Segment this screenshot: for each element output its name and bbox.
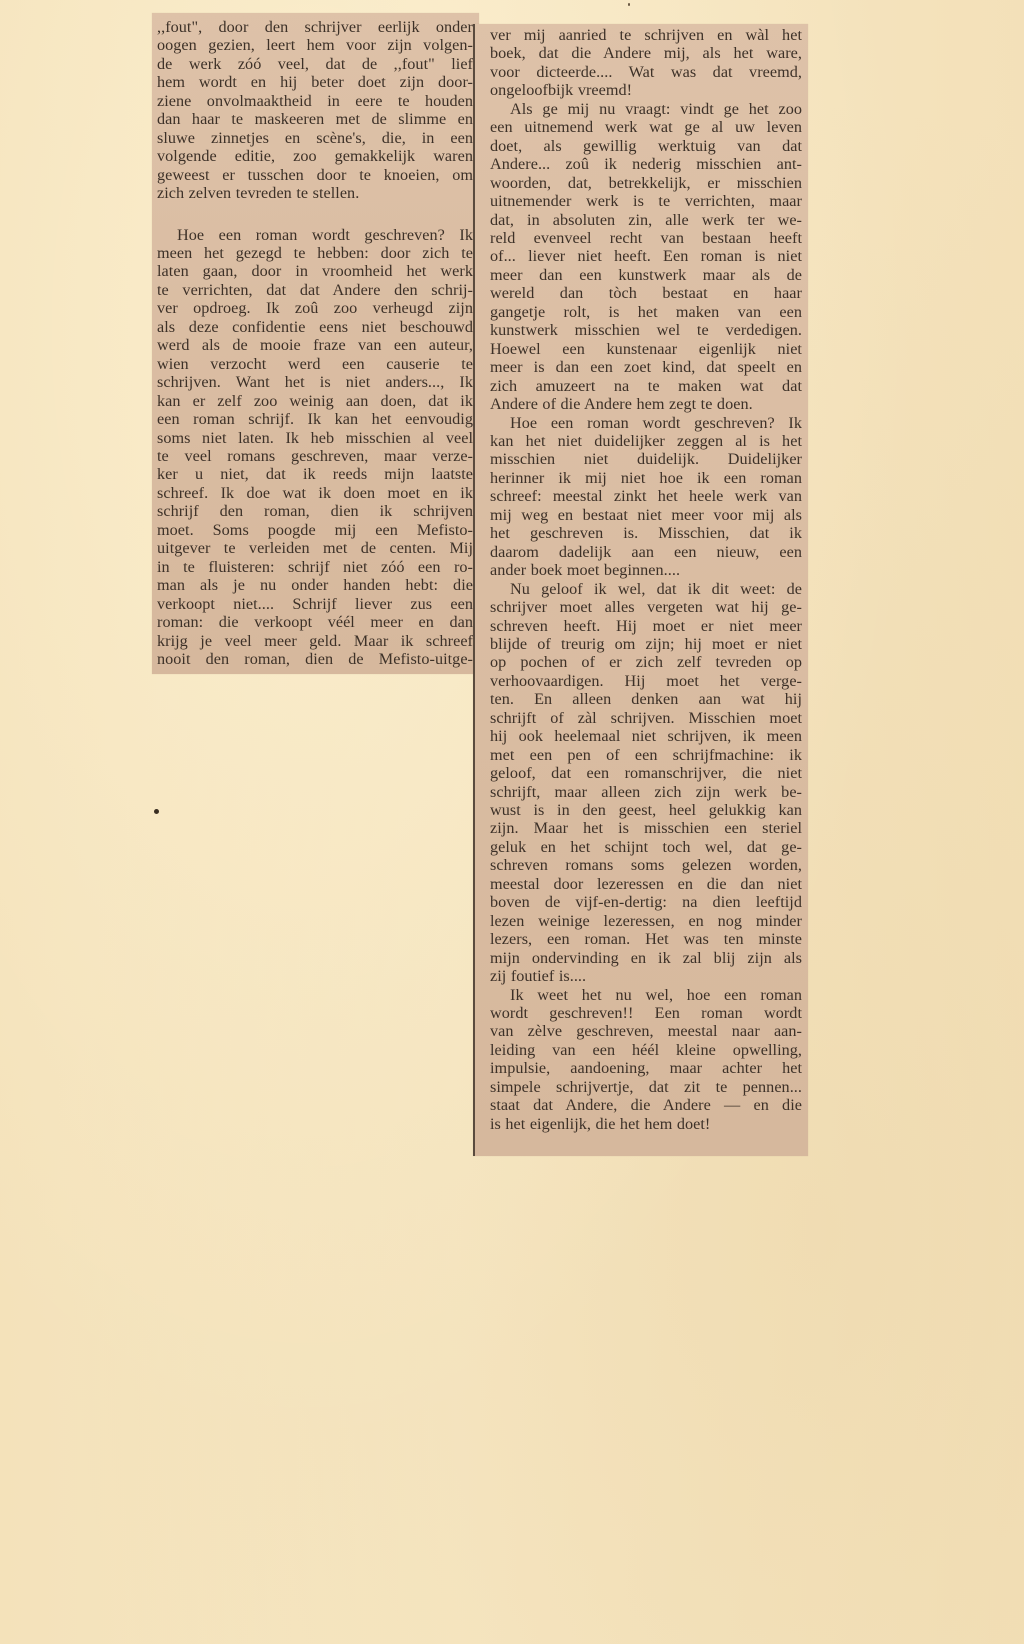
text-line: mij weg en bestaat niet meer voor mij al… xyxy=(490,506,802,524)
text-line: herinner ik mij niet hoe ik een roman xyxy=(490,469,802,487)
text-line: te verrichten, dat dat Andere den schrij… xyxy=(157,281,473,299)
text-line: ander boek moet beginnen.... xyxy=(490,561,802,579)
clipping-left-column: ,,fout", door den schrijver eerlijk onde… xyxy=(152,13,479,674)
ink-dot xyxy=(154,809,159,814)
text-line: schrijver moet alles vergeten wat hij ge… xyxy=(490,598,802,616)
text-line: een uitnemend werk wat ge al uw leven xyxy=(490,118,802,136)
text-line: Hoe een roman wordt geschreven? Ik xyxy=(157,226,473,244)
paragraph: Als ge mij nu vraagt: vindt ge het zoo e… xyxy=(490,100,802,414)
text-line: ,,fout", door den schrijver eerlijk onde… xyxy=(157,18,473,36)
text-line: ziene onvolmaaktheid in eere te houden xyxy=(157,92,473,110)
text-line: simpele schrijvertje, dat zit te pennen.… xyxy=(490,1078,802,1096)
text-line: het geschreven is. Misschien, dat ik xyxy=(490,524,802,542)
paragraph: ver mij aanried te schrijven en wàl het … xyxy=(490,26,802,100)
text-line: uitnemender werk is te verrichten, maar xyxy=(490,192,802,210)
text-line: voor dicteerde.... Wat was dat vreemd, xyxy=(490,63,802,81)
text-line: staat dat Andere, die Andere — en die xyxy=(490,1096,802,1114)
text-line: schrijf den roman, dien ik schrijven xyxy=(157,502,473,520)
text-line: hem wordt en hij beter doet zijn door- xyxy=(157,73,473,91)
text-line: leiding van een héél kleine opwelling, xyxy=(490,1041,802,1059)
text-line: schreven romans soms gelezen worden, xyxy=(490,856,802,874)
text-line: schreef: meestal zinkt het heele werk va… xyxy=(490,487,802,505)
text-line: soms niet laten. Ik heb misschien al vee… xyxy=(157,429,473,447)
text-line: zijn. Maar het is misschien een steriel xyxy=(490,819,802,837)
text-line: schrijft of zàl schrijven. Misschien moe… xyxy=(490,709,802,727)
text-line: wust is in den geest, heel gelukkig kan xyxy=(490,801,802,819)
text-line: sluwe zinnetjes en scène's, die, in een xyxy=(157,129,473,147)
text-line: Nu geloof ik wel, dat ik dit weet: de xyxy=(490,580,802,598)
text-line: op pochen of er zich zelf tevreden op xyxy=(490,653,802,671)
text-line: misschien niet duidelijk. Duidelijker xyxy=(490,450,802,468)
text-line: blijde of treurig om zijn; hij moet er n… xyxy=(490,635,802,653)
text-line: boven de vijf-en-dertig: na dien leeftij… xyxy=(490,893,802,911)
text-line: dat, in absoluten zin, alle werk ter we- xyxy=(490,211,802,229)
text-line: zich zelven tevreden te stellen. xyxy=(157,184,473,202)
left-column-text: ,,fout", door den schrijver eerlijk onde… xyxy=(152,13,479,668)
paragraph: ,,fout", door den schrijver eerlijk onde… xyxy=(157,18,473,203)
text-line: ongeloofbijk vreemd! xyxy=(490,81,802,99)
text-line: in te fluisteren: schrijf niet zóó een r… xyxy=(157,558,473,576)
text-line: Andere of die Andere hem zegt te doen. xyxy=(490,395,802,413)
text-line: Hoewel een kunstenaar eigenlijk niet xyxy=(490,340,802,358)
text-line: van zèlve geschreven, meestal naar aan- xyxy=(490,1022,802,1040)
text-line: schreef. Ik doe wat ik doen moet en ik xyxy=(157,484,473,502)
text-line: moet. Soms poogde mij een Mefisto- xyxy=(157,521,473,539)
text-line: te veel romans geschreven, maar verze- xyxy=(157,447,473,465)
paragraph: Nu geloof ik wel, dat ik dit weet: de sc… xyxy=(490,580,802,986)
text-line: kunstwerk misschien wel te verdedigen. xyxy=(490,321,802,339)
clipping-right-column: ver mij aanried te schrijven en wàl het … xyxy=(473,24,808,1156)
text-line: zij foutief is.... xyxy=(490,967,802,985)
text-line: Andere... zoû ik nederig misschien ant- xyxy=(490,155,802,173)
text-line: nooit den roman, dien de Mefisto-uitge- xyxy=(157,650,473,668)
text-line: kan er zelf zoo weinig aan doen, dat ik xyxy=(157,392,473,410)
paragraph: Hoe een roman wordt geschreven? Ik meen … xyxy=(157,226,473,669)
paper-speck xyxy=(628,3,630,6)
text-line: impulsie, aandoening, maar achter het xyxy=(490,1059,802,1077)
text-line: hij ook heelemaal niet schrijven, ik mee… xyxy=(490,727,802,745)
text-line: mijn ondervinding en ik zal blij zijn al… xyxy=(490,949,802,967)
text-line: een roman schrijf. Ik kan het eenvoudig xyxy=(157,410,473,428)
text-line: ker u niet, dat ik reeds mijn laatste xyxy=(157,465,473,483)
text-line: de werk zóó veel, dat de ,,fout" lief xyxy=(157,55,473,73)
text-line: geloof, dat een romanschrijver, die niet xyxy=(490,764,802,782)
text-line: meer is dan een zoet kind, dat speelt en xyxy=(490,358,802,376)
text-line: boek, dat die Andere mij, als het ware, xyxy=(490,44,802,62)
text-line: man als je nu onder handen hebt: die xyxy=(157,576,473,594)
text-line: verhoovaardigen. Hij moet het verge- xyxy=(490,672,802,690)
text-line: wordt geschreven!! Een roman wordt xyxy=(490,1004,802,1022)
text-line: gangetje rolt, is het maken van een xyxy=(490,303,802,321)
text-line: woorden, dat, betrekkelijk, er misschien xyxy=(490,174,802,192)
text-line: daarom dadelijk aan een nieuw, een xyxy=(490,543,802,561)
text-line: wereld dan tòch bestaat en haar xyxy=(490,284,802,302)
text-line: roman: die verkoopt véél meer en dan xyxy=(157,613,473,631)
text-line: kan het niet duidelijker zeggen al is he… xyxy=(490,432,802,450)
text-line: reld evenveel recht van bestaan heeft xyxy=(490,229,802,247)
text-line: volgende editie, zoo gemakkelijk waren xyxy=(157,147,473,165)
text-line: oogen gezien, leert hem voor zijn volgen… xyxy=(157,36,473,54)
text-line: geweest er tusschen door te knoeien, om xyxy=(157,166,473,184)
text-line: lezen weinige lezeressen, en nog minder xyxy=(490,912,802,930)
text-line: schrijft, maar alleen zich zijn werk be- xyxy=(490,783,802,801)
paragraph: Hoe een roman wordt geschreven? Ik kan h… xyxy=(490,414,802,580)
text-line: zich amuzeert na te maken wat dat xyxy=(490,377,802,395)
text-line: ver opdroeg. Ik zoû zoo verheugd zijn xyxy=(157,299,473,317)
text-line: geluk en het schijnt toch wel, dat ge- xyxy=(490,838,802,856)
text-line: verkoopt niet.... Schrijf liever zus een xyxy=(157,595,473,613)
text-line: ten. En alleen denken aan wat hij xyxy=(490,690,802,708)
text-line: werd als de mooie fraze van een auteur, xyxy=(157,336,473,354)
text-line: Hoe een roman wordt geschreven? Ik xyxy=(490,414,802,432)
right-column-text: ver mij aanried te schrijven en wàl het … xyxy=(475,24,808,1133)
text-line: schreven heeft. Hij moet er niet meer xyxy=(490,617,802,635)
text-line: uitgever te verleiden met de centen. Mij xyxy=(157,539,473,557)
text-line: Ik weet het nu wel, hoe een roman xyxy=(490,986,802,1004)
text-line: meen het gezegd te hebben: door zich te xyxy=(157,244,473,262)
text-line: lezers, een roman. Het was ten minste xyxy=(490,930,802,948)
paragraph: Ik weet het nu wel, hoe een roman wordt … xyxy=(490,986,802,1134)
text-line: krijg je veel meer geld. Maar ik schreef xyxy=(157,632,473,650)
text-line: met een pen of een schrijfmachine: ik xyxy=(490,746,802,764)
text-line: wien verzocht werd een causerie te xyxy=(157,355,473,373)
text-line: Als ge mij nu vraagt: vindt ge het zoo xyxy=(490,100,802,118)
text-line: doet, als gewillig werktuig van dat xyxy=(490,137,802,155)
text-line: is het eigenlijk, die het hem doet! xyxy=(490,1115,802,1133)
text-line: of... liever niet heeft. Een roman is ni… xyxy=(490,247,802,265)
text-line: schrijven. Want het is niet anders..., I… xyxy=(157,373,473,391)
text-line: laten gaan, door in vroomheid het werk xyxy=(157,262,473,280)
text-line: ver mij aanried te schrijven en wàl het xyxy=(490,26,802,44)
text-line: meer dan een kunstwerk maar als de xyxy=(490,266,802,284)
text-line: meestal door lezeressen en die dan niet xyxy=(490,875,802,893)
text-line: dan haar te maskeeren met de slimme en xyxy=(157,110,473,128)
text-line: als deze confidentie eens niet beschouwd xyxy=(157,318,473,336)
